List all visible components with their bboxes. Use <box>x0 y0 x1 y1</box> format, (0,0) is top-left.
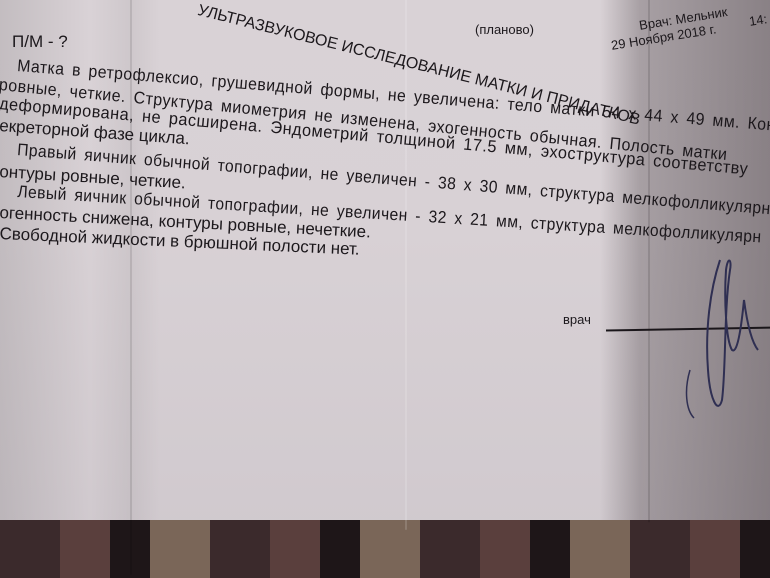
exam-time: 14: <box>748 11 768 29</box>
signature-label: врач <box>563 312 591 327</box>
handwritten-signature <box>680 250 770 420</box>
paper-fold <box>648 0 650 578</box>
pm-label: П/М - ? <box>12 32 68 52</box>
exam-mode: (планово) <box>475 22 534 37</box>
document-sheet: УЛЬТРАЗВУКОВОЕ ИССЛЕДОВАНИЕ МАТКИ И ПРИД… <box>0 0 770 578</box>
